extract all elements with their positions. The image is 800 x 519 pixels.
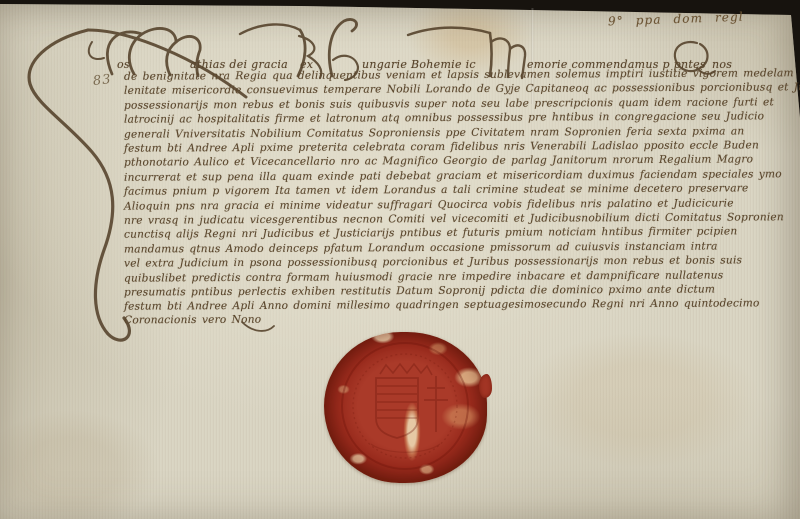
wax-seal-icon: [324, 332, 487, 483]
archive-number: 83: [92, 73, 112, 88]
first-line-segment: os: [117, 59, 130, 71]
seal-emboss-icon: [324, 332, 487, 483]
text-line: Coronacionis vero Nono: [124, 314, 261, 326]
